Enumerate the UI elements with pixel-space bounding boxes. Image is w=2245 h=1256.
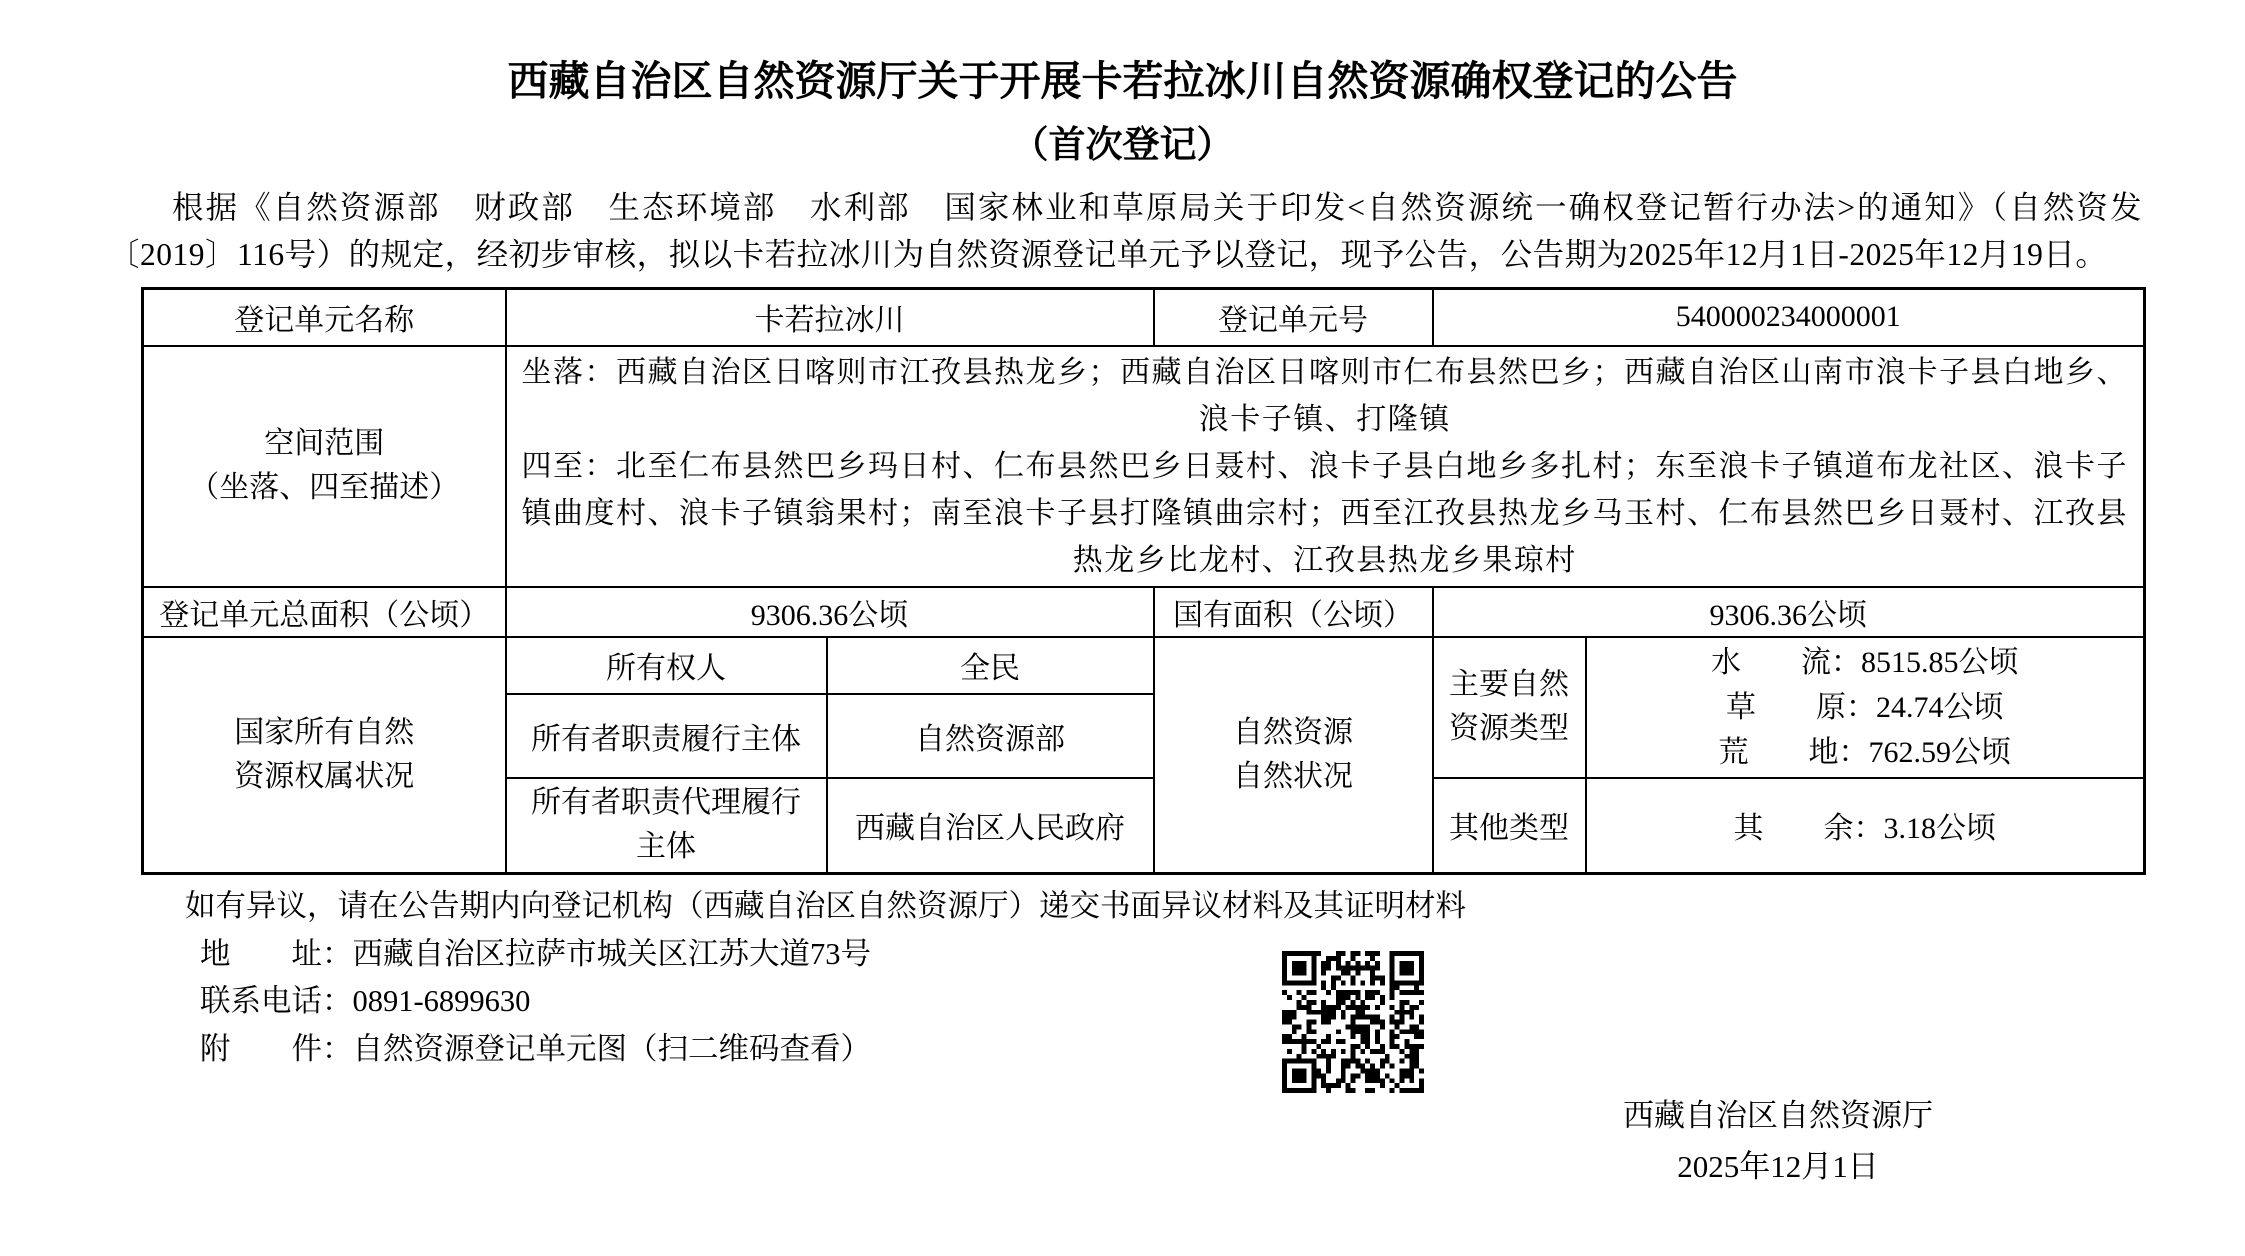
signature-block: 西藏自治区自然资源厅 2025年12月1日	[1623, 1090, 1933, 1192]
signature-org: 西藏自治区自然资源厅	[1623, 1090, 1933, 1141]
scope-label: 空间范围 （坐落、四至描述）	[143, 346, 506, 587]
unit-no-label: 登记单元号	[1154, 289, 1433, 346]
intro-paragraph: 根据《自然资源部 财政部 生态环境部 水利部 国家林业和草原局关于印发<自然资源…	[108, 184, 2142, 278]
total-area-label: 登记单元总面积（公顷）	[143, 587, 506, 637]
table-row: 国家所有自然 资源权属状况 所有权人 全民 自然资源 自然状况 主要自然 资源类…	[143, 637, 2145, 694]
state-area-label: 国有面积（公顷）	[1154, 587, 1433, 637]
unit-name-label: 登记单元名称	[143, 289, 506, 346]
owner-value: 全民	[827, 637, 1154, 694]
unit-no-value: 540000234000001	[1433, 289, 2145, 346]
other-type-value: 其 余：3.18公顷	[1586, 778, 2145, 874]
main-resource-type-values: 水 流：8515.85公顷 草 原：24.74公顷 荒 地：762.59公顷	[1586, 637, 2145, 778]
scope-boundaries-text: 四至：北至仁布县然巴乡玛日村、仁布县然巴乡日聂村、浪卡子县白地乡多扎村；东至浪卡…	[513, 443, 2138, 584]
other-type-label: 其他类型	[1433, 778, 1586, 874]
table-row: 登记单元总面积（公顷） 9306.36公顷 国有面积（公顷） 9306.36公顷	[143, 587, 2145, 637]
objection-note: 如有异议，请在公告期内向登记机构（西藏自治区自然资源厅）递交书面异议材料及其证明…	[185, 883, 2245, 931]
scope-description-cell: 坐落：西藏自治区日喀则市江孜县热龙乡；西藏自治区日喀则市仁布县然巴乡；西藏自治区…	[506, 346, 2145, 587]
unit-name-value: 卡若拉冰川	[506, 289, 1154, 346]
qr-code-icon	[1282, 951, 1424, 1093]
nature-status-label: 自然资源 自然状况	[1154, 637, 1433, 874]
attachment-line: 附 件：自然资源登记单元图（扫二维码查看）	[200, 1026, 2245, 1074]
resource-line-grassland: 草 原：24.74公顷	[1593, 685, 2138, 730]
state-area-value: 9306.36公顷	[1433, 587, 2145, 637]
signature-date: 2025年12月1日	[1623, 1141, 1933, 1192]
table-row: 登记单元名称 卡若拉冰川 登记单元号 540000234000001	[143, 289, 2145, 346]
duty-performer-label: 所有者职责履行主体	[506, 694, 827, 778]
announcement-page: 西藏自治区自然资源厅关于开展卡若拉冰川自然资源确权登记的公告 （首次登记） 根据…	[0, 0, 2245, 1256]
address-line: 地 址：西藏自治区拉萨市城关区江苏大道73号	[200, 931, 2245, 979]
total-area-value: 9306.36公顷	[506, 587, 1154, 637]
table-row: 空间范围 （坐落、四至描述） 坐落：西藏自治区日喀则市江孜县热龙乡；西藏自治区日…	[143, 346, 2145, 587]
scope-location-text: 坐落：西藏自治区日喀则市江孜县热龙乡；西藏自治区日喀则市仁布县然巴乡；西藏自治区…	[513, 349, 2138, 443]
ownership-status-label: 国家所有自然 资源权属状况	[143, 637, 506, 874]
footer-notes: 如有异议，请在公告期内向登记机构（西藏自治区自然资源厅）递交书面异议材料及其证明…	[0, 883, 2245, 1073]
page-subtitle: （首次登记）	[0, 120, 2245, 172]
registration-table: 登记单元名称 卡若拉冰川 登记单元号 540000234000001 空间范围 …	[141, 287, 2146, 875]
main-resource-type-label: 主要自然 资源类型	[1433, 637, 1586, 778]
page-title: 西藏自治区自然资源厅关于开展卡若拉冰川自然资源确权登记的公告	[0, 0, 2245, 110]
phone-line: 联系电话：0891-6899630	[200, 978, 2245, 1026]
resource-line-wasteland: 荒 地：762.59公顷	[1593, 730, 2138, 775]
duty-performer-value: 自然资源部	[827, 694, 1154, 778]
agent-performer-value: 西藏自治区人民政府	[827, 778, 1154, 874]
owner-label: 所有权人	[506, 637, 827, 694]
agent-performer-label: 所有者职责代理履行 主体	[506, 778, 827, 874]
resource-line-water: 水 流：8515.85公顷	[1593, 640, 2138, 685]
